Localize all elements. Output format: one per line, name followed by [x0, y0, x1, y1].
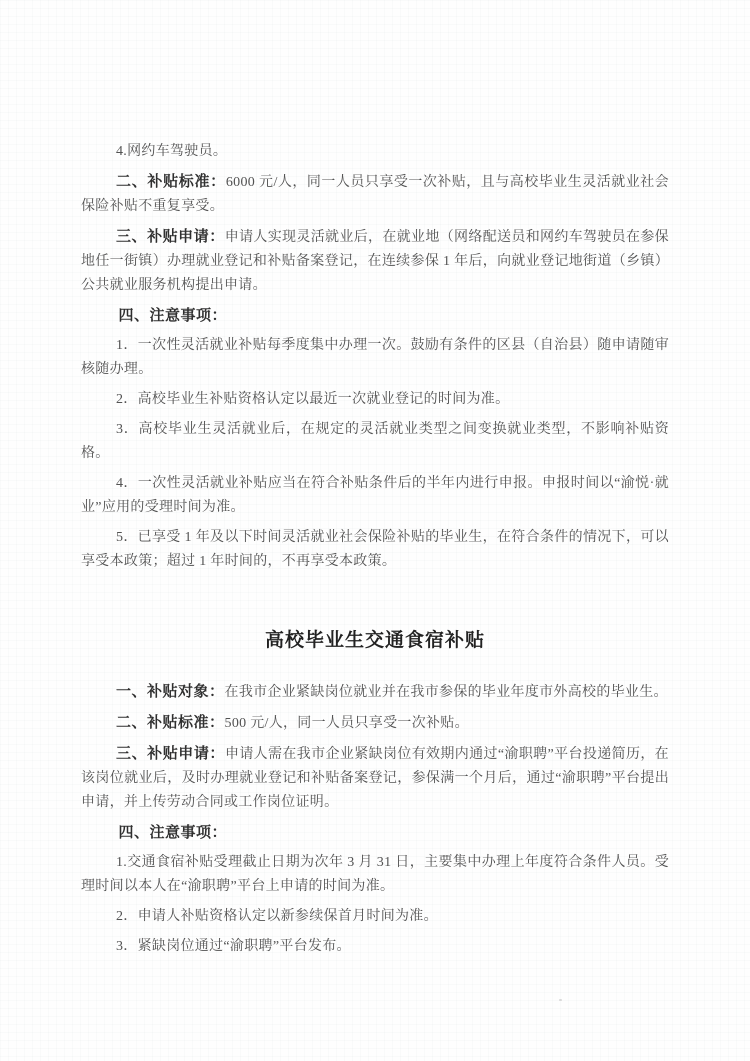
sec1-note-item-3: 3．高校毕业生灵活就业后，在规定的灵活就业类型之间变换就业类型，不影响补贴资格。 [81, 418, 669, 466]
list-item-driver: 4.网约车驾驶员。 [81, 140, 669, 164]
sec2-subsidy-standard-paragraph: 二、补贴标准：500 元/人，同一人员只享受一次补贴。 [81, 711, 669, 736]
sec1-subsidy-apply-heading: 三、补贴申请： [116, 228, 225, 245]
sec2-notes-heading: 四、注意事项： [81, 821, 669, 845]
sec1-note-item-4: 4．一次性灵活就业补贴应当在符合补贴条件后的半年内进行申报。申报时间以“渝悦·就… [81, 472, 669, 520]
scan-speck-artifact [559, 999, 562, 1001]
sec1-subsidy-standard-heading: 二、补贴标准： [116, 173, 226, 190]
sec2-subsidy-standard-heading: 二、补贴标准： [116, 714, 225, 731]
sec1-subsidy-apply-paragraph: 三、补贴申请：申请人实现灵活就业后，在就业地（网络配送员和网约车驾驶员在参保地任… [81, 225, 669, 298]
sec2-subsidy-target-text: 在我市企业紧缺岗位就业并在我市参保的毕业年度市外高校的毕业生。 [225, 685, 668, 700]
sec1-note-item-5: 5．已享受 1 年及以下时间灵活就业社会保险补贴的毕业生，在符合条件的情况下，可… [81, 526, 669, 574]
sec2-subsidy-apply-paragraph: 三、补贴申请：申请人需在我市企业紧缺岗位有效期内通过“渝职聘”平台投递简历，在该… [81, 742, 669, 815]
sec1-note-item-2: 2．高校毕业生补贴资格认定以最近一次就业登记的时间为准。 [81, 388, 669, 412]
sec2-note-item-1: 1.交通食宿补贴受理截止日期为次年 3 月 31 日，主要集中办理上年度符合条件… [81, 851, 669, 899]
sec2-subsidy-target-paragraph: 一、补贴对象：在我市企业紧缺岗位就业并在我市参保的毕业年度市外高校的毕业生。 [81, 680, 669, 705]
sec2-note-item-2: 2．申请人补贴资格认定以新参续保首月时间为准。 [81, 905, 669, 929]
sec1-note-item-1: 1．一次性灵活就业补贴每季度集中办理一次。鼓励有条件的区县（自治县）随申请随审核… [81, 334, 669, 382]
sec1-subsidy-standard-paragraph: 二、补贴标准：6000 元/人，同一人员只享受一次补贴，且与高校毕业生灵活就业社… [81, 170, 669, 219]
section2-title: 高校毕业生交通食宿补贴 [81, 626, 669, 656]
sec2-note-item-3: 3．紧缺岗位通过“渝职聘”平台发布。 [81, 935, 669, 959]
sec2-subsidy-standard-text: 500 元/人，同一人员只享受一次补贴。 [225, 716, 469, 731]
sec2-subsidy-target-heading: 一、补贴对象： [116, 683, 225, 700]
scanned-document-page: 4.网约车驾驶员。 二、补贴标准：6000 元/人，同一人员只享受一次补贴，且与… [0, 0, 750, 1061]
sec1-notes-heading: 四、注意事项： [81, 304, 669, 328]
sec2-subsidy-apply-heading: 三、补贴申请： [116, 745, 225, 762]
